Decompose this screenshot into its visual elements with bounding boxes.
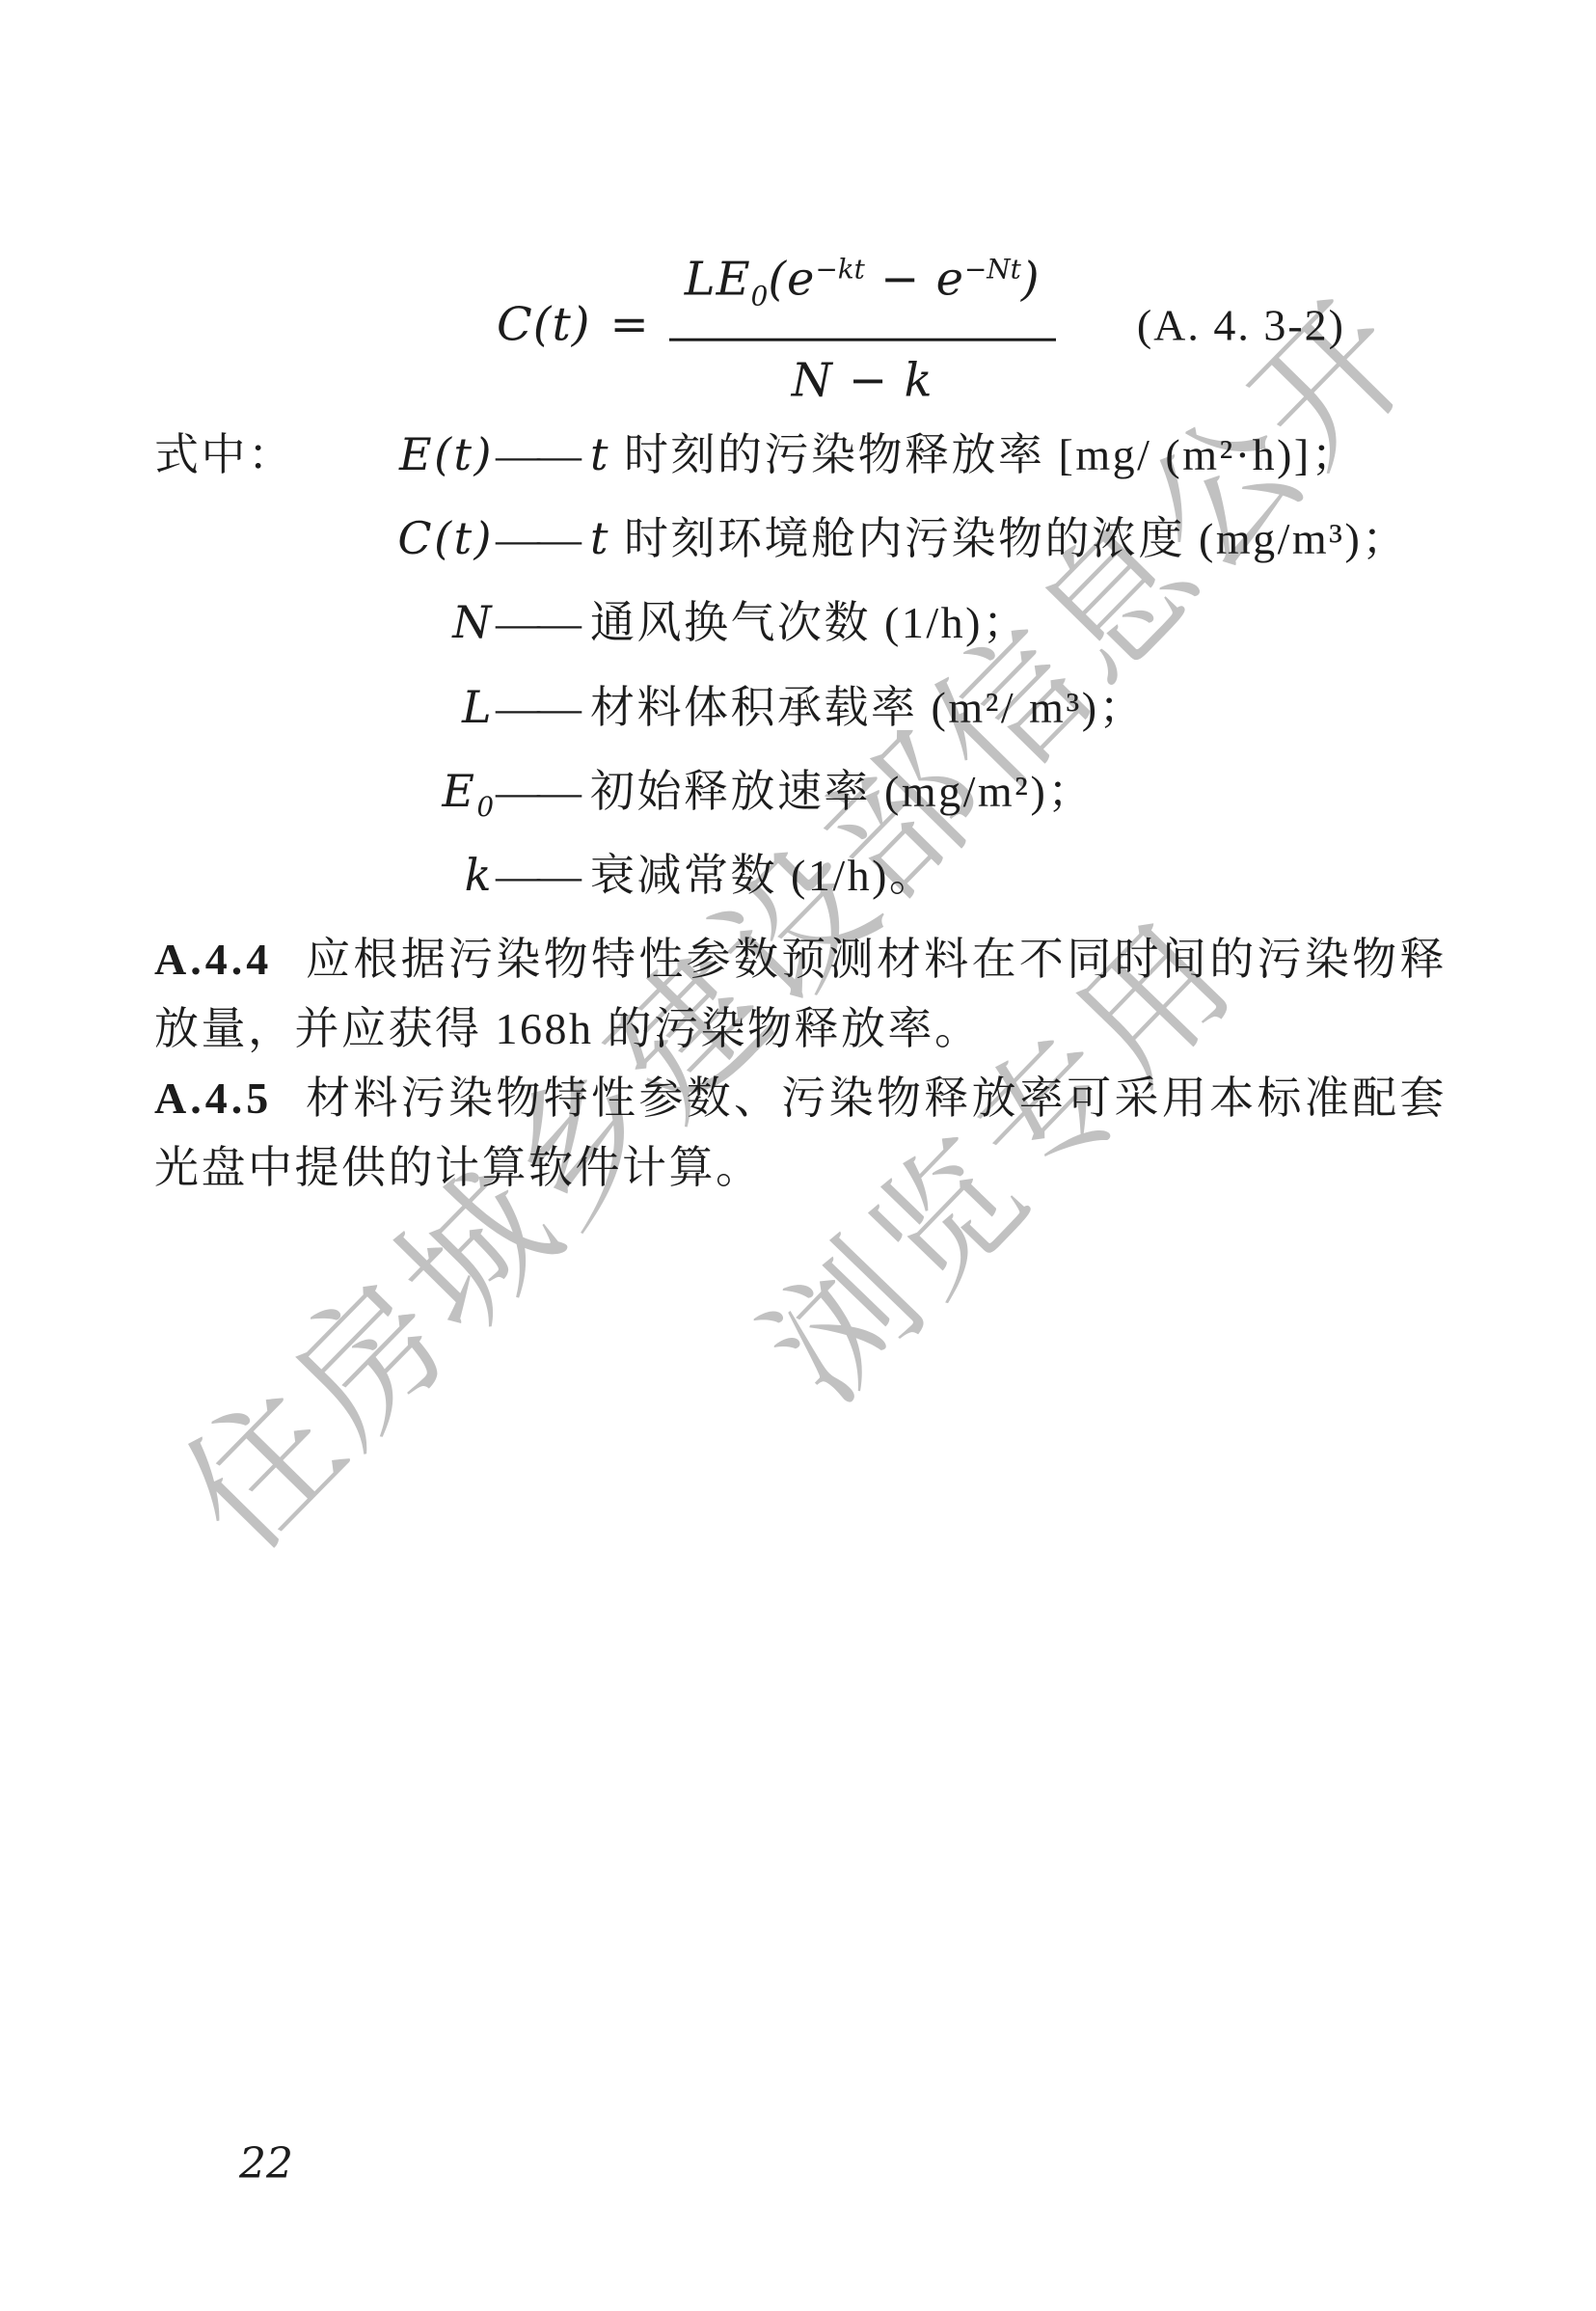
definition-dash: ——	[496, 421, 579, 489]
definition-text: t 时刻环境舱内污染物的浓度 (mg/m³)；	[590, 504, 1409, 573]
fraction: LE0(e−kt − e−Nt) N − k	[669, 235, 1056, 416]
numerator-subscript: 0	[751, 280, 769, 312]
equation-number: (A. 4. 3-2)	[1137, 291, 1345, 360]
symbol-L: L	[462, 673, 494, 757]
numerator-minus: − e	[865, 253, 964, 307]
numerator-open: (e	[768, 253, 815, 307]
definition-row-E0: E0 —— 初始释放速率 (mg/m²)；	[154, 757, 1447, 841]
page-content: C(t) = LE0(e−kt − e−Nt) N − k (A. 4. 3-2…	[0, 0, 1596, 1203]
definition-dash: ——	[496, 757, 579, 826]
equation-lhs: C(t)	[497, 291, 590, 360]
where-label: 式中：	[154, 421, 295, 489]
definition-row-L: L —— 材料体积承载率 (m²/ m³)；	[154, 673, 1447, 757]
numerator-coefficient: LE	[685, 253, 751, 307]
definition-row-Ct: C(t) —— t 时刻环境舱内污染物的浓度 (mg/m³)；	[154, 504, 1447, 588]
clause-a45: A.4.5材料污染物特性参数、污染物释放率可采用本标准配套 光盘中提供的计算软件…	[154, 1064, 1447, 1203]
definition-row-Et: 式中： E(t) —— t 时刻的污染物释放率 [mg/ (m²·h)]；	[154, 421, 1447, 504]
clause-text-line1: 材料污染物特性参数、污染物释放率可采用本标准配套	[305, 1074, 1447, 1123]
definition-dash: ——	[496, 841, 579, 910]
symbol-Ct: C(t)	[397, 504, 494, 588]
numerator-exponent-1: −kt	[815, 254, 864, 285]
numerator-exponent-2: −Nt	[964, 254, 1021, 285]
page-number: 22	[239, 2139, 293, 2189]
symbol-definitions: 式中： E(t) —— t 时刻的污染物释放率 [mg/ (m²·h)]； C(…	[154, 421, 1447, 925]
definition-dash: ——	[496, 588, 579, 657]
document-page: 住房城乡建设部信息公开 浏览专用 C(t) = LE0(e−kt − e−Nt)…	[0, 0, 1596, 2311]
equation-block: C(t) = LE0(e−kt − e−Nt) N − k (A. 4. 3-2…	[154, 243, 1447, 407]
symbol-N: N	[452, 588, 494, 672]
symbol-Et: E(t)	[399, 421, 494, 504]
definition-text: t 时刻的污染物释放率 [mg/ (m²·h)]；	[590, 421, 1358, 489]
definition-text: 通风换气次数 (1/h)；	[590, 588, 1029, 657]
definition-row-k: k —— 衰减常数 (1/h)。	[154, 841, 1447, 925]
definition-text: 衰减常数 (1/h)。	[590, 841, 935, 910]
clause-a44: A.4.4应根据污染物特性参数预测材料在不同时间的污染物释 放量，并应获得 16…	[154, 925, 1447, 1064]
symbol-k: k	[465, 841, 494, 925]
fraction-denominator: N − k	[669, 340, 1056, 415]
definition-text: 初始释放速率 (mg/m²)；	[590, 757, 1095, 826]
clause-number: A.4.5	[154, 1074, 272, 1123]
definition-text: 材料体积承载率 (m²/ m³)；	[590, 673, 1146, 742]
clause-text-line2: 光盘中提供的计算软件计算。	[154, 1133, 1447, 1203]
fraction-numerator: LE0(e−kt − e−Nt)	[669, 235, 1056, 341]
equation-formula: C(t) = LE0(e−kt − e−Nt) N − k	[497, 235, 1056, 416]
definition-dash: ——	[496, 504, 579, 573]
clause-number: A.4.4	[154, 935, 272, 984]
clause-text-line1: 应根据污染物特性参数预测材料在不同时间的污染物释	[305, 935, 1447, 984]
clause-text-line2: 放量，并应获得 168h 的污染物释放率。	[154, 994, 1447, 1064]
definition-dash: ——	[496, 673, 579, 742]
symbol-E0: E0	[442, 757, 494, 841]
equals-sign: =	[609, 291, 649, 360]
numerator-close: )	[1021, 253, 1041, 307]
definition-row-N: N —— 通风换气次数 (1/h)；	[154, 588, 1447, 672]
